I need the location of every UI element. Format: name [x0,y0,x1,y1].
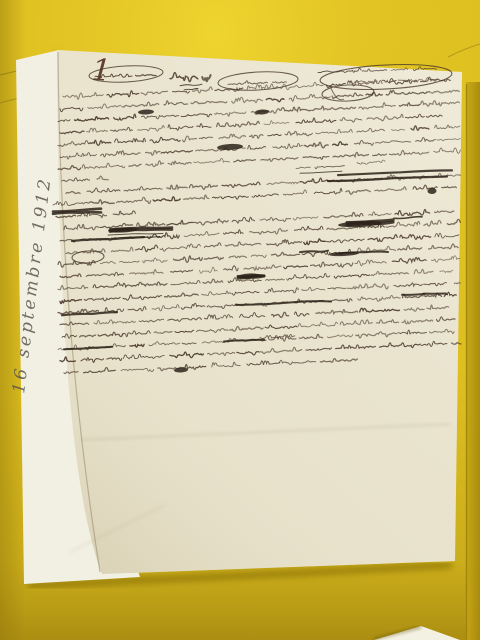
photo-canvas: 16 septembre 1912 1 [0,0,480,640]
folder-edge [466,82,480,640]
page-number: 1 [91,53,112,89]
manuscript-photo: 16 septembre 1912 1 [0,0,480,640]
